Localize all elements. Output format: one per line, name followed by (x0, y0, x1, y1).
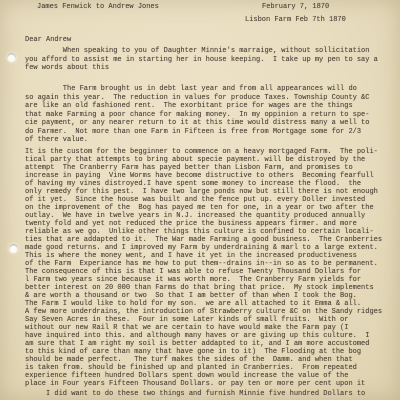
paragraph-opening: When speaking to you of Daughter Minnie'… (25, 47, 378, 73)
letter-page: James Fenwick to Andrew Jones February 7… (0, 0, 400, 400)
paragraph-cranberry-farm: It is the custom for the begginner to co… (25, 148, 382, 388)
hole-punch-bottom (9, 244, 18, 253)
salutation: Dear Andrew (25, 36, 71, 44)
farm-dateline: Lisbon Farm Feb 7th 1870 (245, 16, 346, 24)
paragraph-farm-debt: The Farm brought us in debt last year an… (25, 85, 369, 145)
hole-punch-top (7, 53, 16, 62)
letter-date: February 7, 1870 (262, 3, 329, 11)
correspondents-line: James Fenwick to Andrew Jones (37, 3, 159, 11)
paragraph-closing-cutoff: I did want to do these two things and fu… (25, 390, 365, 398)
